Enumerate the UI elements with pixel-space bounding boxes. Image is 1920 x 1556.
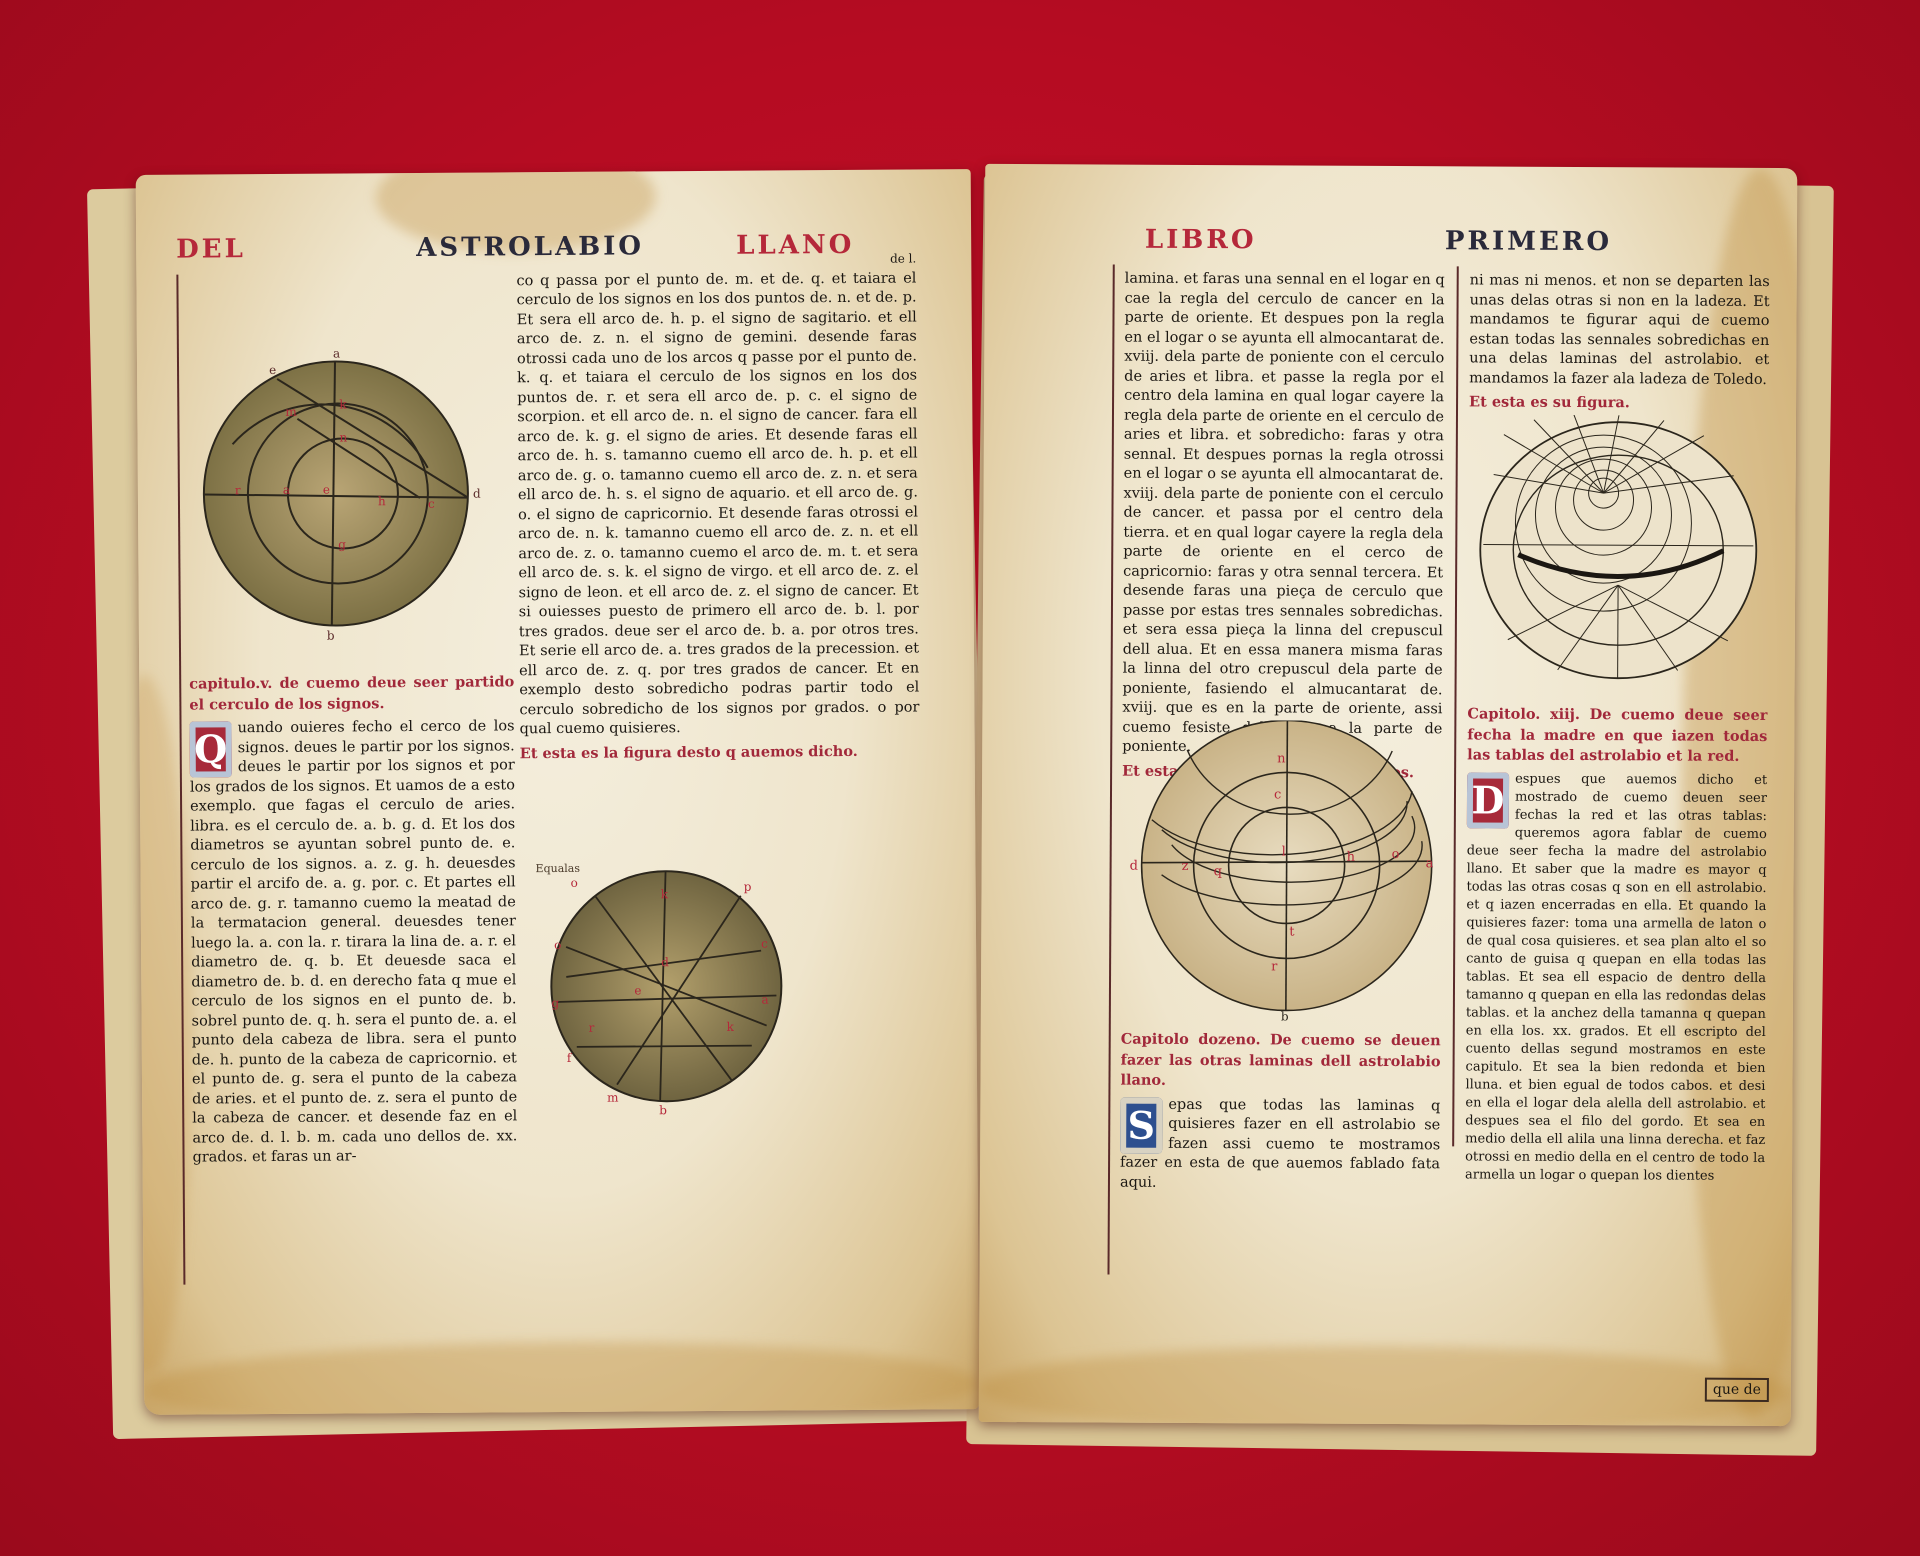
svg-text:h: h: [1347, 850, 1356, 865]
right-column-1: lamina. et faras una sennal en el logar …: [1122, 270, 1445, 788]
svg-text:d: d: [661, 955, 669, 969]
svg-text:c: c: [428, 497, 435, 511]
left-column-1: capitulo.v. de cuemo deue seer partido e…: [189, 672, 517, 1172]
figure-caption: Et esta es la figura desto q auemos dich…: [520, 742, 858, 761]
svg-text:a: a: [333, 347, 340, 361]
svg-text:o: o: [1392, 847, 1400, 862]
svg-text:b: b: [659, 1103, 667, 1117]
running-head-word: DEL: [176, 234, 246, 264]
svg-text:n: n: [1277, 751, 1286, 766]
body-text: co q passa por el punto de. m. et de. q.…: [516, 269, 919, 740]
svg-text:b: b: [1281, 1009, 1289, 1021]
svg-text:e: e: [323, 483, 330, 497]
left-column-2: de l. co q passa por el punto de. m. et …: [516, 249, 920, 768]
svg-text:h: h: [378, 494, 386, 508]
svg-text:b: b: [327, 629, 335, 643]
body-text: epas que todas las laminas q quisieres f…: [1120, 1095, 1441, 1194]
water-stain: [979, 1344, 1791, 1426]
svg-text:e: e: [634, 983, 641, 997]
body-text: ni mas ni menos. et non se departen las …: [1469, 271, 1770, 390]
svg-text:k: k: [339, 397, 347, 411]
svg-text:m: m: [285, 405, 297, 419]
concentric-circles-diagram: kmnr aehcg aedb: [187, 342, 489, 644]
illuminated-initial: Q: [189, 721, 231, 777]
svg-text:r: r: [589, 1021, 595, 1035]
body-text: lamina. et faras una sennal en el logar …: [1122, 270, 1445, 759]
illuminated-initial: D: [1467, 772, 1509, 828]
running-head-word: LIBRO: [1145, 225, 1257, 256]
svg-text:c: c: [761, 937, 768, 951]
svg-text:n: n: [339, 430, 347, 444]
right-page: LIBRO PRIMERO lamina. et faras una senna…: [979, 164, 1798, 1426]
astrolabe-plate-diagram: [1473, 414, 1764, 686]
running-head: LIBRO PRIMERO: [1145, 225, 1765, 258]
svg-text:a: a: [761, 993, 768, 1007]
svg-text:e: e: [269, 363, 276, 377]
column-rule: [1452, 266, 1459, 1146]
svg-text:t: t: [1289, 924, 1295, 939]
catchword: que de: [1705, 1378, 1769, 1402]
svg-text:r: r: [1271, 959, 1278, 974]
right-column-1-lower: Capitolo dozeno. De cuemo se deuen fazer…: [1120, 1030, 1441, 1199]
svg-text:q: q: [1214, 864, 1222, 879]
svg-text:o: o: [554, 938, 561, 952]
chapter-heading: Capitolo. xiij. De cuemo deue seer fecha…: [1467, 705, 1767, 764]
right-column-2-lower: Capitolo. xiij. De cuemo deue seer fecha…: [1465, 704, 1768, 1189]
water-stain: [144, 1339, 979, 1415]
svg-text:z: z: [1182, 859, 1189, 874]
crepuscule-lines-diagram: nclh oadz qtr b: [1121, 720, 1453, 1022]
chapter-heading: Capitolo dozeno. De cuemo se deuen fazer…: [1120, 1031, 1440, 1089]
svg-text:p: p: [744, 880, 752, 894]
running-head-word: PRIMERO: [1445, 226, 1612, 257]
svg-text:o: o: [571, 876, 578, 890]
right-column-2: ni mas ni menos. et non se departen las …: [1469, 271, 1770, 418]
svg-text:c: c: [1274, 787, 1281, 802]
illuminated-initial: S: [1120, 1097, 1162, 1153]
sectored-circle-diagram: opca ogfmb kderk: [535, 855, 797, 1117]
svg-text:d: d: [473, 487, 481, 501]
chapter-heading: capitulo.v. de cuemo deue seer partido e…: [189, 673, 514, 713]
column-rule: [1107, 265, 1114, 1275]
svg-text:d: d: [1130, 859, 1138, 874]
svg-text:k: k: [661, 887, 669, 901]
body-text: espues que auemos dicho et mostrado de c…: [1465, 770, 1767, 1186]
svg-text:r: r: [235, 483, 241, 497]
svg-text:g: g: [338, 537, 346, 551]
svg-text:k: k: [727, 1020, 735, 1034]
body-text: uando ouieres fecho el cerco de los sign…: [189, 717, 517, 1168]
left-page: DEL ASTROLABIO LLANO kmnr aehcg aedb cap…: [136, 169, 980, 1415]
svg-text:l: l: [1282, 844, 1286, 859]
svg-text:m: m: [607, 1091, 619, 1105]
svg-text:a: a: [1426, 856, 1434, 871]
svg-text:g: g: [551, 996, 559, 1010]
svg-text:a: a: [283, 483, 290, 497]
figure-caption: Et esta es su figura.: [1469, 393, 1630, 411]
